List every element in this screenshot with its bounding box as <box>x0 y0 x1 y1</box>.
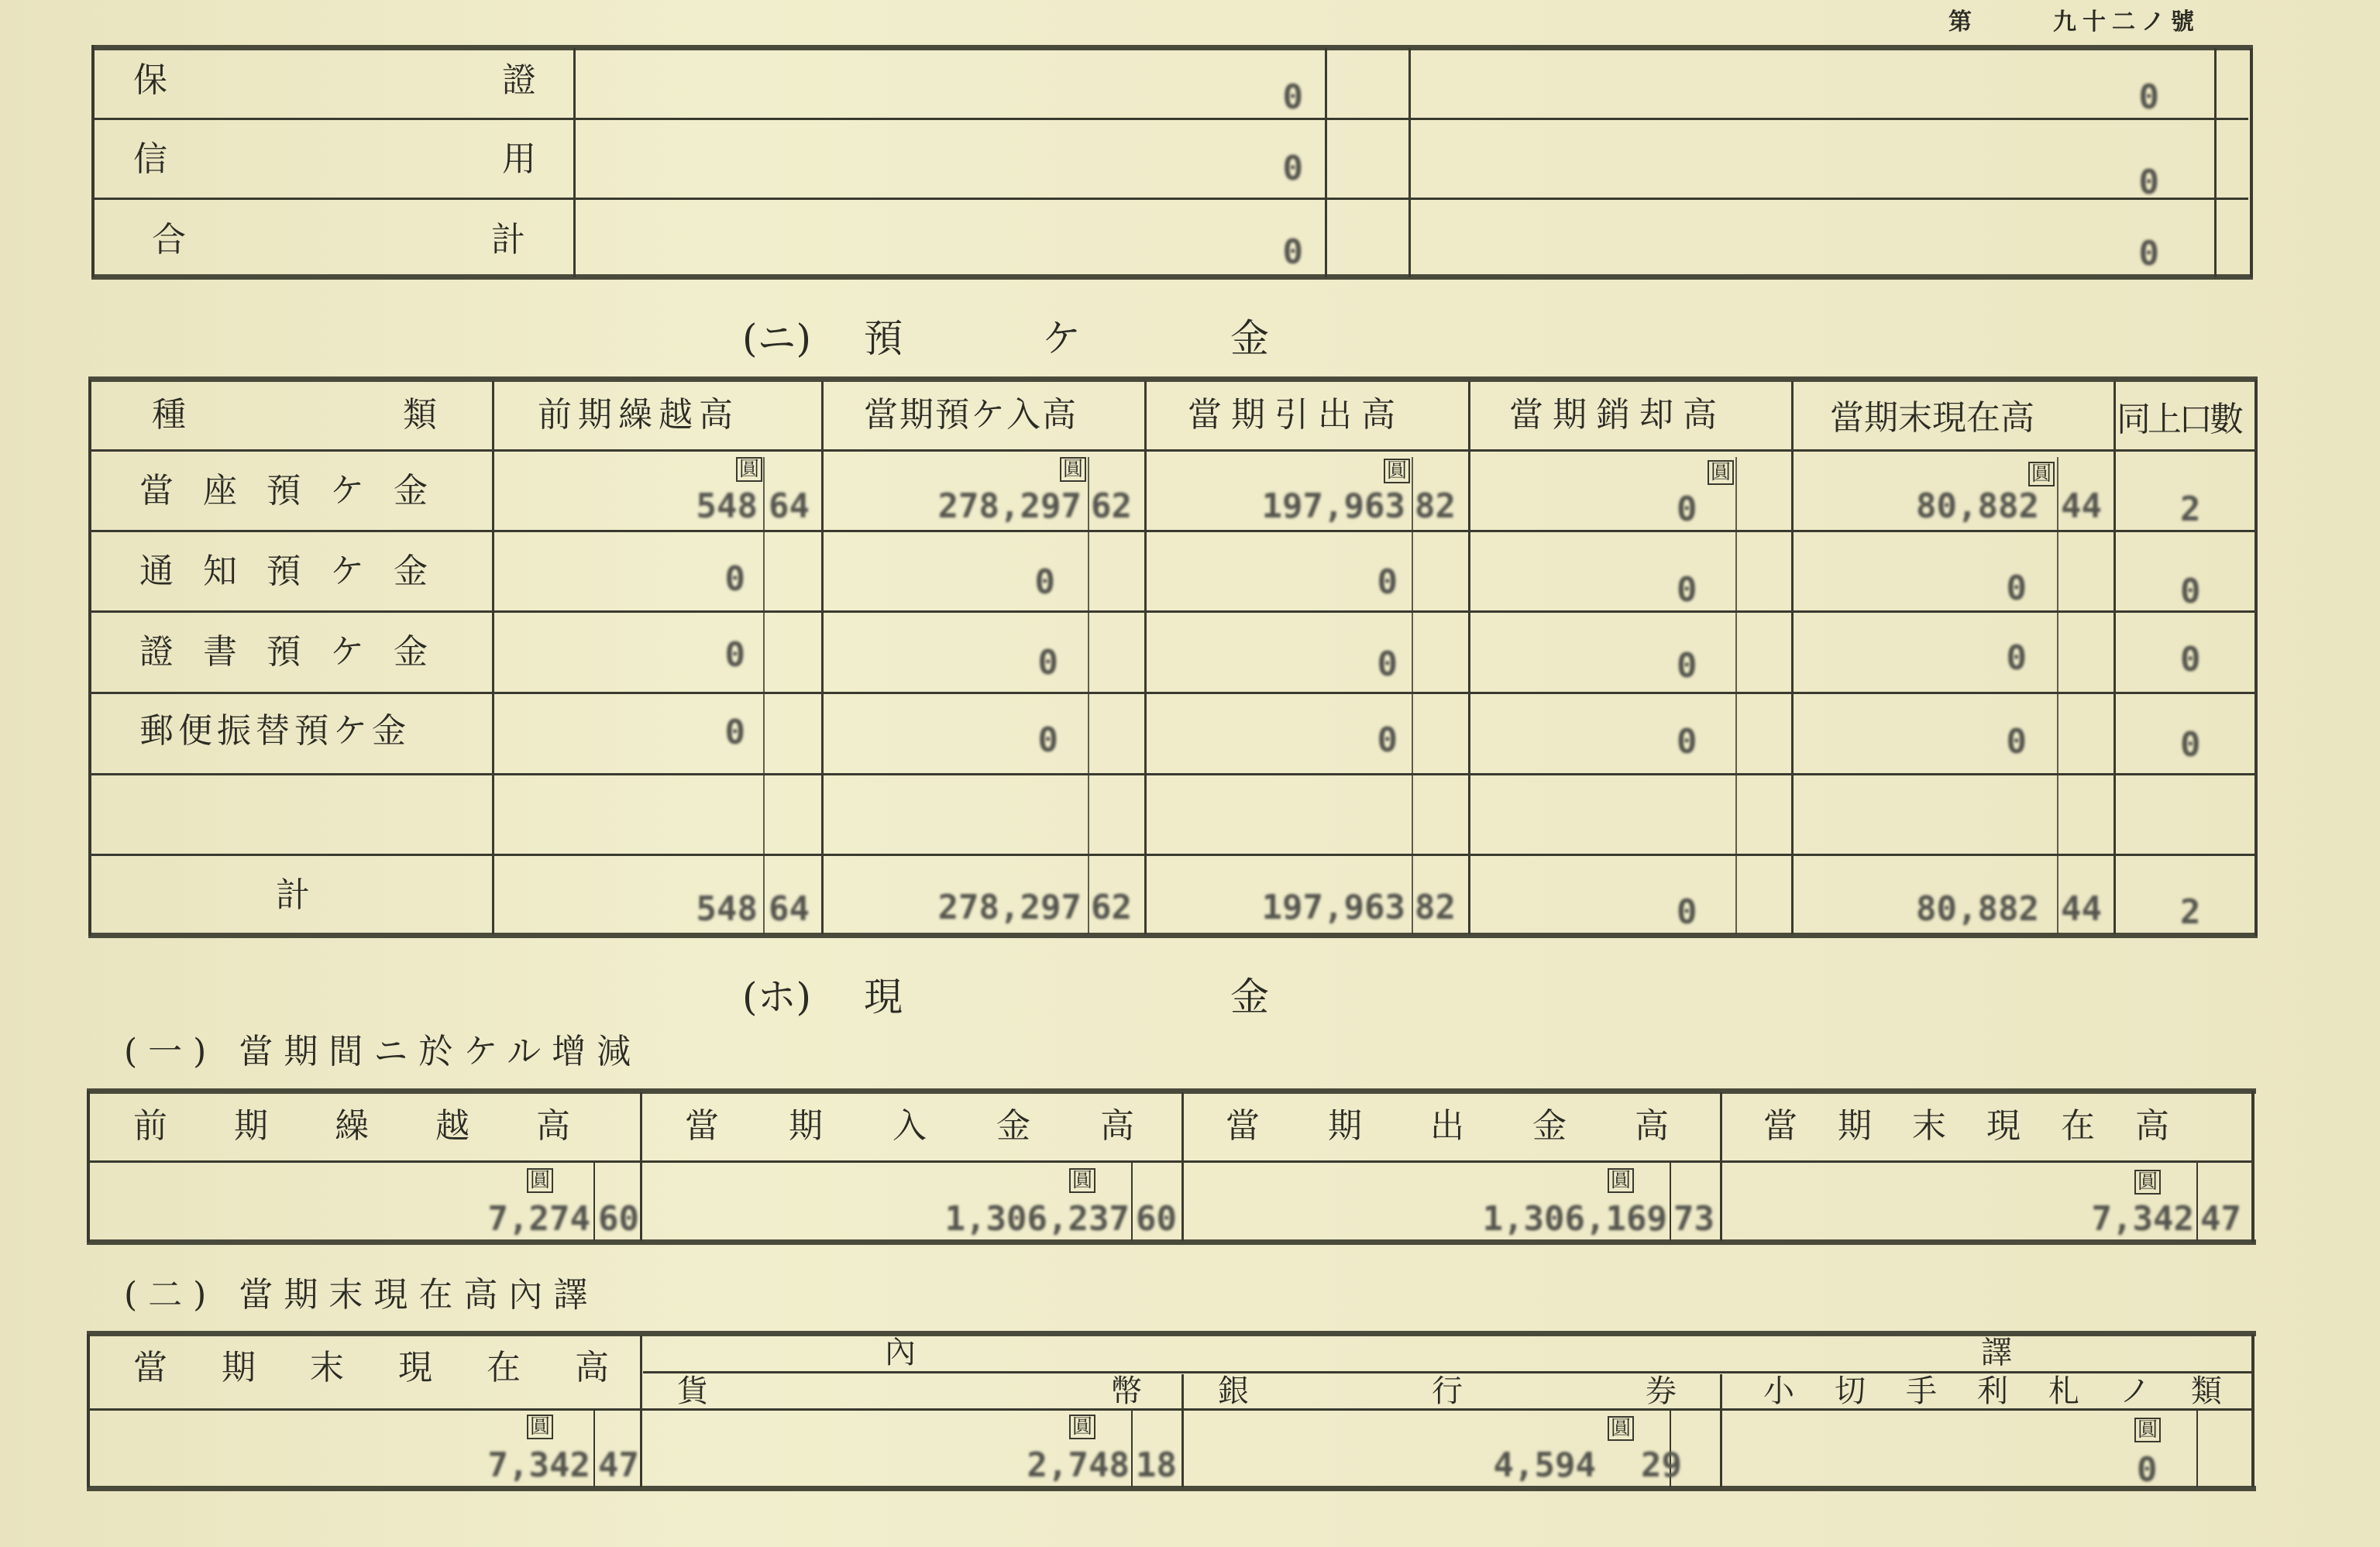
cell-deposited: 278,297 <box>938 490 1082 524</box>
breakdown-sub-cheques: 小切手利札ノ類 <box>1763 1376 2262 1407</box>
cell-balance: 0 <box>2007 641 2027 676</box>
deposits-title-char: 預 <box>864 319 903 358</box>
breakdown-header-balance: 當期末現在高 <box>133 1351 663 1385</box>
header-type-left: 種 <box>152 398 186 432</box>
loan-row-value-b: 0 <box>2139 166 2160 200</box>
cell-accounts: 0 <box>2180 575 2201 609</box>
breakdown-sub-coins-left: 貨 <box>677 1376 708 1407</box>
deposit-type-label: 證書預ケ金 <box>139 635 457 669</box>
cash-out-yen: 1,306,169 <box>1483 1202 1667 1236</box>
yen-unit-marker: 圓 <box>1384 459 1410 483</box>
header-withdrawn: 當期引出高 <box>1188 398 1405 432</box>
page-header-left: 第 <box>1948 11 1972 34</box>
cell-deposited: 0 <box>1038 724 1059 758</box>
breakdown-balance-sen: 47 <box>598 1449 639 1483</box>
yen-unit-marker: 圓 <box>527 1168 553 1193</box>
cell-deposited: 0 <box>1035 566 1056 600</box>
header-balance: 當期末現在高 <box>1830 401 2034 435</box>
total-written-off: 0 <box>1677 896 1697 930</box>
breakdown-coins-sen: 18 <box>1136 1449 1177 1483</box>
breakdown-group-left: 內 <box>885 1337 916 1368</box>
total-balance-sen: 44 <box>2061 892 2102 926</box>
loan-row-label-left: 保 <box>133 64 167 98</box>
cell-prev-carry: 0 <box>725 562 746 596</box>
cash-title-char: 現 <box>864 978 903 1016</box>
breakdown-group-right: 譯 <box>1981 1337 2012 1368</box>
loan-row-value-a: 0 <box>1283 81 1304 115</box>
loan-row-label-left: 信 <box>133 143 167 177</box>
deposits-title-char: 金 <box>1230 319 1269 358</box>
cash-balance-yen: 7,342 <box>2092 1202 2194 1236</box>
deposit-total-label: 計 <box>276 878 310 913</box>
cell-prev-carry: 0 <box>725 638 746 672</box>
cash-in-yen: 1,306,237 <box>945 1202 1130 1236</box>
yen-unit-marker: 圓 <box>1608 1416 1634 1441</box>
breakdown-sub-notes-left: 銀 <box>1218 1376 1249 1407</box>
cell-deposited: 0 <box>1038 646 1059 680</box>
cell-prev-carry: 0 <box>725 716 746 750</box>
cell-prev-carry-sen: 64 <box>769 490 810 524</box>
cell-withdrawn: 197,963 <box>1262 490 1405 524</box>
cash-balance-sen: 47 <box>2200 1202 2241 1236</box>
deposit-type-label: 通知預ケ金 <box>139 555 457 589</box>
cash-header-balance: 當期末現在高 <box>1763 1109 2210 1143</box>
loan-row-label-left: 合 <box>152 223 186 257</box>
loan-row-value-b: 0 <box>2139 81 2160 115</box>
cell-written-off: 0 <box>1677 649 1697 683</box>
loan-row-value-b: 0 <box>2139 237 2160 271</box>
total-withdrawn-sen: 82 <box>1415 891 1456 925</box>
yen-unit-marker: 圓 <box>1069 1415 1095 1439</box>
cash-header-in: 當期入金高 <box>685 1109 1204 1143</box>
yen-unit-marker: 圓 <box>2028 462 2055 486</box>
cell-written-off: 0 <box>1677 573 1697 607</box>
breakdown-sub-notes-middle: 行 <box>1432 1376 1463 1407</box>
cell-balance: 0 <box>2007 725 2027 759</box>
yen-unit-marker: 圓 <box>1608 1168 1634 1193</box>
loan-row-value-a: 0 <box>1283 235 1304 270</box>
breakdown-sub-notes-right: 券 <box>1646 1376 1677 1407</box>
page-header-number: 九十二ノ號 <box>2053 11 2200 34</box>
total-prev-carry: 548 <box>696 892 758 926</box>
total-deposited: 278,297 <box>938 891 1082 925</box>
cash-prev-carry-sen: 60 <box>598 1202 639 1236</box>
header-prev-carry: 前期繰越高 <box>538 398 739 432</box>
breakdown-sub-coins-right: 幣 <box>1111 1376 1142 1407</box>
yen-unit-marker: 圓 <box>1708 460 1734 485</box>
cell-withdrawn: 0 <box>1377 566 1398 600</box>
header-written-off: 當期銷却高 <box>1509 398 1726 432</box>
breakdown-notes-sen: 29 <box>1641 1449 1682 1483</box>
cell-balance-sen: 44 <box>2061 490 2102 524</box>
header-type-right: 類 <box>403 398 437 432</box>
yen-unit-marker: 圓 <box>736 457 762 482</box>
cash-header-prev-carry: 前期繰越高 <box>133 1109 637 1143</box>
header-deposited: 當期預ケ入高 <box>864 398 1078 432</box>
breakdown-balance-yen: 7,342 <box>488 1449 590 1483</box>
cell-prev-carry: 548 <box>696 490 758 524</box>
cash-out-sen: 73 <box>1673 1202 1714 1236</box>
cell-balance: 80,882 <box>1916 490 2039 524</box>
cell-withdrawn: 0 <box>1377 724 1398 758</box>
cell-withdrawn-sen: 82 <box>1415 490 1456 524</box>
deposits-title-char: ケ <box>1042 319 1081 358</box>
total-prev-carry-sen: 64 <box>769 892 810 926</box>
cash-title-char: 金 <box>1230 978 1269 1016</box>
cash-header-out: 當期出金高 <box>1226 1109 1737 1143</box>
cell-accounts: 0 <box>2180 643 2201 677</box>
yen-unit-marker: 圓 <box>527 1415 553 1439</box>
total-withdrawn: 197,963 <box>1262 891 1405 925</box>
loan-row-value-a: 0 <box>1283 152 1304 186</box>
cell-withdrawn: 0 <box>1377 648 1398 682</box>
yen-unit-marker: 圓 <box>2134 1170 2161 1195</box>
cell-accounts: 0 <box>2180 728 2201 762</box>
cell-accounts: 2 <box>2180 493 2201 527</box>
cash-title-prefix: (ホ) <box>742 978 811 1016</box>
total-balance: 80,882 <box>1916 892 2039 926</box>
breakdown-coins-yen: 2,748 <box>1027 1449 1130 1483</box>
breakdown-cheques-yen: 0 <box>2137 1453 2158 1487</box>
cash-section2-label: (二) 當期末現在高內譯 <box>124 1278 598 1312</box>
cash-in-sen: 60 <box>1136 1202 1177 1236</box>
breakdown-notes-yen: 4,594 <box>1494 1449 1596 1483</box>
loan-row-label-right: 計 <box>491 223 525 257</box>
yen-unit-marker: 圓 <box>1060 457 1086 482</box>
total-accounts: 2 <box>2180 896 2201 930</box>
loan-row-label-right: 證 <box>502 64 536 98</box>
yen-unit-marker: 圓 <box>2134 1418 2161 1442</box>
cell-written-off: 0 <box>1677 725 1697 759</box>
total-deposited-sen: 62 <box>1091 891 1132 925</box>
header-accounts: 同上口數 <box>2117 403 2241 437</box>
cash-prev-carry-yen: 7,274 <box>488 1202 590 1236</box>
cell-written-off: 0 <box>1677 493 1697 527</box>
loan-row-label-right: 用 <box>502 143 536 177</box>
yen-unit-marker: 圓 <box>1069 1168 1095 1193</box>
deposit-type-label: 當座預ケ金 <box>139 474 457 508</box>
cell-deposited-sen: 62 <box>1091 490 1132 524</box>
deposit-type-label: 郵便振替預ケ金 <box>139 714 411 748</box>
deposits-title-prefix: (ニ) <box>742 319 811 358</box>
cash-section1-label: (一) 當期間ニ於ケル增減 <box>124 1035 641 1069</box>
cell-balance: 0 <box>2007 572 2027 606</box>
